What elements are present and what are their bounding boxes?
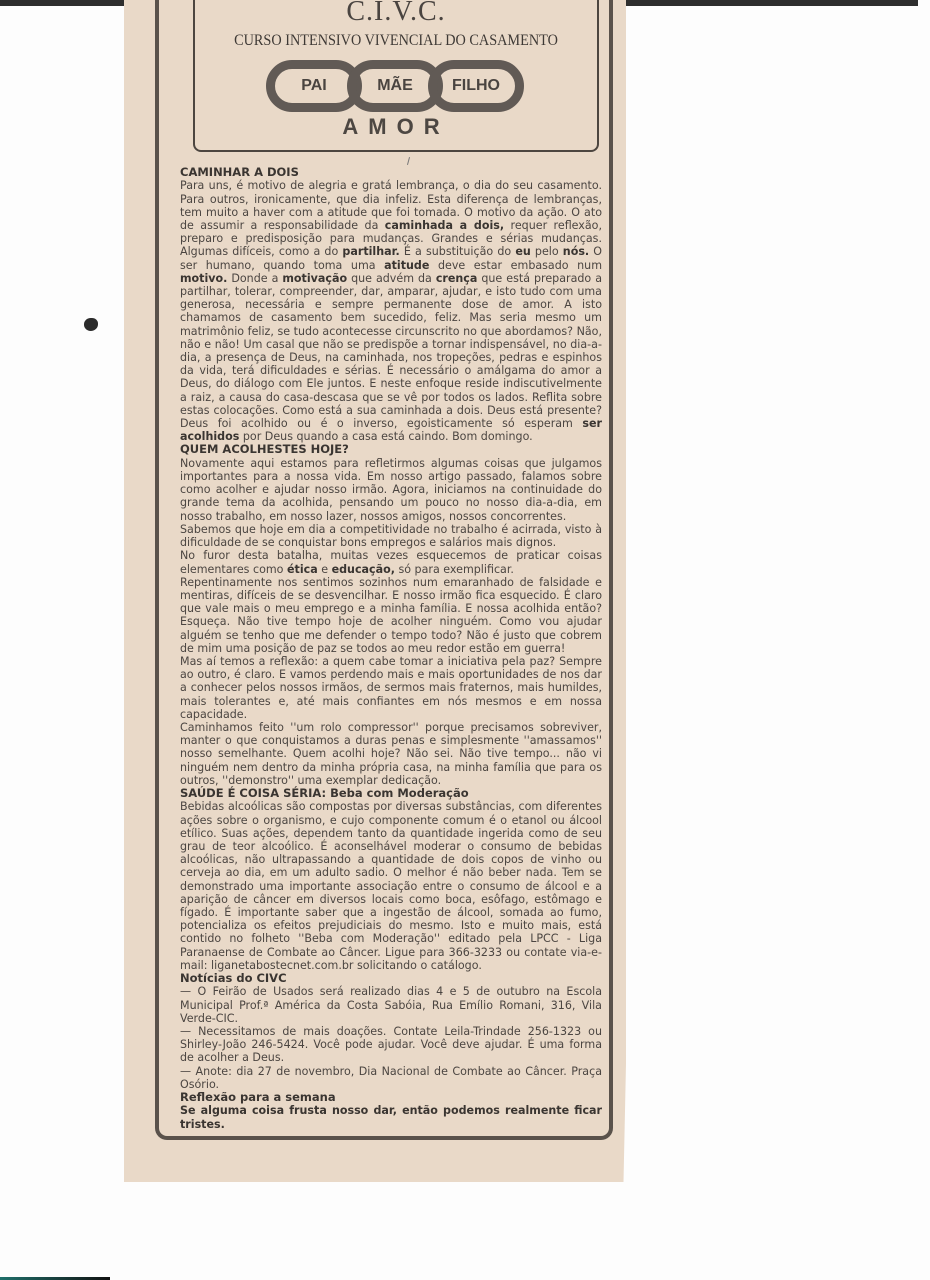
civc-header: C.I.V.C. CURSO INTENSIVO VIVENCIAL DO CA… <box>193 0 599 152</box>
news-item: — Necessitamos de mais doações. Contate … <box>180 1025 602 1065</box>
emphasis: educação, <box>332 563 395 576</box>
section-title-caminhar: CAMINHAR A DOIS <box>180 166 602 179</box>
article-body: CAMINHAR A DOIS Para uns, é motivo de al… <box>180 166 602 1131</box>
text: Donde a <box>227 272 282 285</box>
paragraph: Novamente aqui estamos para refletirmos … <box>180 457 602 523</box>
chain-label-filho: FILHO <box>452 77 500 95</box>
text: que está preparado a partilhar, tolerar,… <box>180 272 602 430</box>
section-title-noticias: Notícias do CIVC <box>180 972 602 985</box>
text: só para exemplificar. <box>395 563 514 576</box>
chain-label-pai: PAI <box>301 77 326 95</box>
chain-logo: PAI MÃE FILHO <box>266 60 526 116</box>
emphasis: ética <box>287 563 318 576</box>
emphasis: atitude <box>384 259 429 272</box>
news-item: — O Feirão de Usados será realizado dias… <box>180 985 602 1025</box>
text: pelo <box>531 245 563 258</box>
paragraph-caminhar: Para uns, é motivo de alegria e gratá le… <box>180 179 602 443</box>
emphasis: nós. <box>563 245 589 258</box>
section-title-saude: SAÚDE É COISA SÉRIA: Beba com Moderação <box>180 787 602 800</box>
paragraph: Bebidas alcoólicas são compostas por div… <box>180 800 602 972</box>
emphasis: crença <box>436 272 478 285</box>
header-subtitle: CURSO INTENSIVO VIVENCIAL DO CASAMENTO <box>211 32 581 50</box>
text: É a substituição do <box>400 245 516 258</box>
paragraph: No furor desta batalha, muitas vezes esq… <box>180 549 602 575</box>
paragraph: Caminhamos feito ''um rolo compressor'' … <box>180 721 602 787</box>
emphasis: caminhada a dois, <box>385 219 504 232</box>
header-motto: AMOR <box>195 114 597 140</box>
ink-smudge <box>84 318 98 331</box>
emphasis: partilhar. <box>342 245 399 258</box>
emphasis: motivação <box>282 272 347 285</box>
chain-label-mae: MÃE <box>377 77 413 95</box>
chain-link-icon: FILHO <box>428 60 524 112</box>
torn-edge <box>124 1176 614 1184</box>
paragraph: Sabemos que hoje em dia a competitividad… <box>180 523 602 549</box>
emphasis: motivo. <box>180 272 227 285</box>
text: deve estar embasado num <box>429 259 602 272</box>
text: e <box>318 563 332 576</box>
text: por Deus quando a casa está caindo. Bom … <box>239 430 532 443</box>
section-title-acolhestes: QUEM ACOLHESTES HOJE? <box>180 443 602 456</box>
news-item: — Anote: dia 27 de novembro, Dia Naciona… <box>180 1065 602 1091</box>
text: que advém da <box>347 272 436 285</box>
section-title-reflexao: Reflexão para a semana <box>180 1091 602 1104</box>
emphasis: eu <box>515 245 530 258</box>
paragraph: Mas aí temos a reflexão: a quem cabe tom… <box>180 655 602 721</box>
reflection-quote: Se alguma coisa frusta nosso dar, então … <box>180 1104 602 1130</box>
header-acronym: C.I.V.C. <box>195 0 597 26</box>
paragraph: Repentinamente nos sentimos sozinhos num… <box>180 576 602 655</box>
